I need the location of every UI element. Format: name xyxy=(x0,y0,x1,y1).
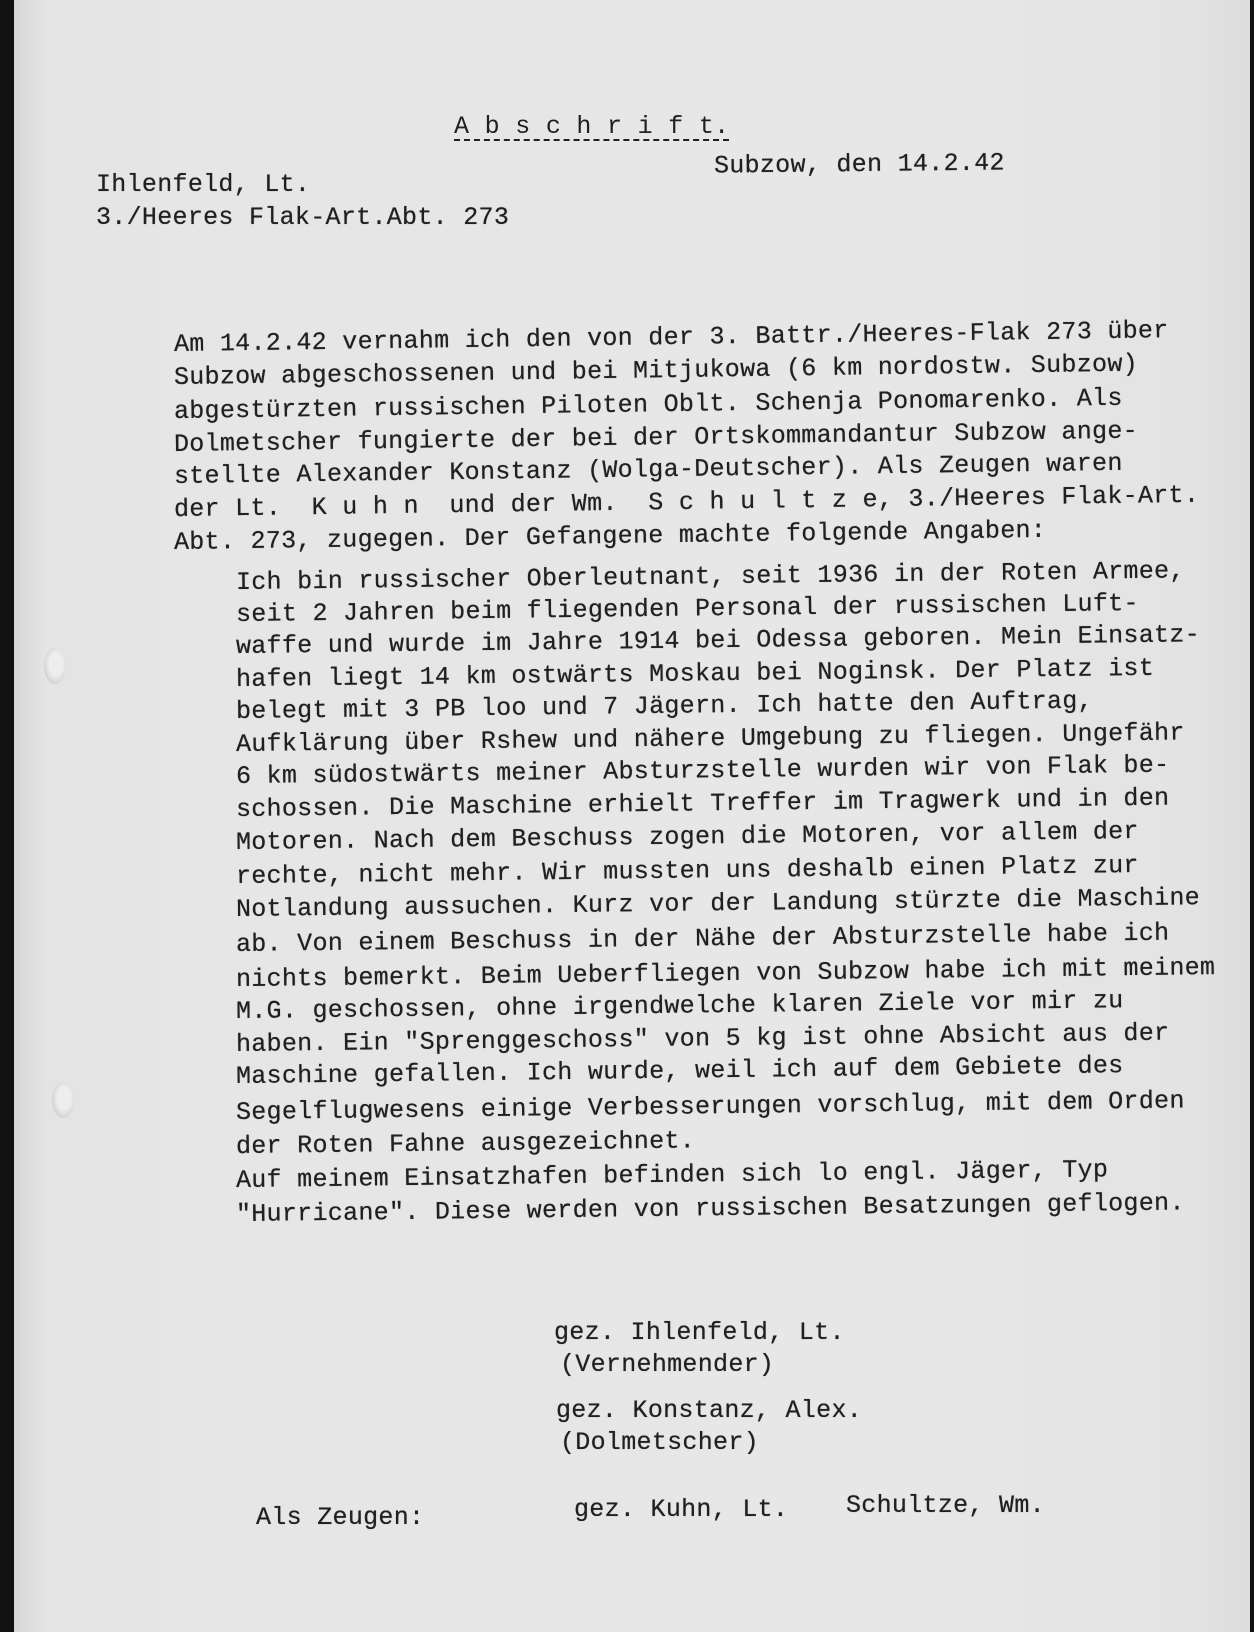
statement-line: Auf meinem Einsatzhafen befinden sich lo… xyxy=(236,1155,1109,1196)
statement-line: der Roten Fahne ausgezeichnet. xyxy=(236,1126,695,1162)
sender-unit: 3./Heeres Flak-Art.Abt. 273 xyxy=(96,203,509,233)
sender-name: Ihlenfeld, Lt. xyxy=(96,170,310,200)
signature-interpreter: gez. Konstanz, Alex. xyxy=(556,1396,862,1426)
punch-hole xyxy=(44,648,66,684)
document-page: A b s c h r i f t. Subzow, den 14.2.42 I… xyxy=(14,0,1250,1632)
signature-interrogator-role: (Vernehmender) xyxy=(560,1350,774,1380)
punch-hole xyxy=(52,1082,74,1118)
witness-schultze: Schultze, Wm. xyxy=(846,1491,1045,1521)
document-title: A b s c h r i f t. xyxy=(454,112,729,141)
witness-kuhn: gez. Kuhn, Lt. xyxy=(574,1495,788,1525)
statement-line: "Hurricane". Diese werden von russischen… xyxy=(236,1188,1185,1230)
signature-interrogator: gez. Ihlenfeld, Lt. xyxy=(554,1318,845,1348)
statement-line: Segelflugwesens einige Verbesserungen vo… xyxy=(236,1086,1185,1128)
place-date: Subzow, den 14.2.42 xyxy=(714,148,1005,181)
witnesses-label: Als Zeugen: xyxy=(256,1503,424,1533)
signature-interpreter-role: (Dolmetscher) xyxy=(560,1428,759,1458)
statement-line: ab. Von einem Beschuss in der Nähe der A… xyxy=(236,919,1170,960)
